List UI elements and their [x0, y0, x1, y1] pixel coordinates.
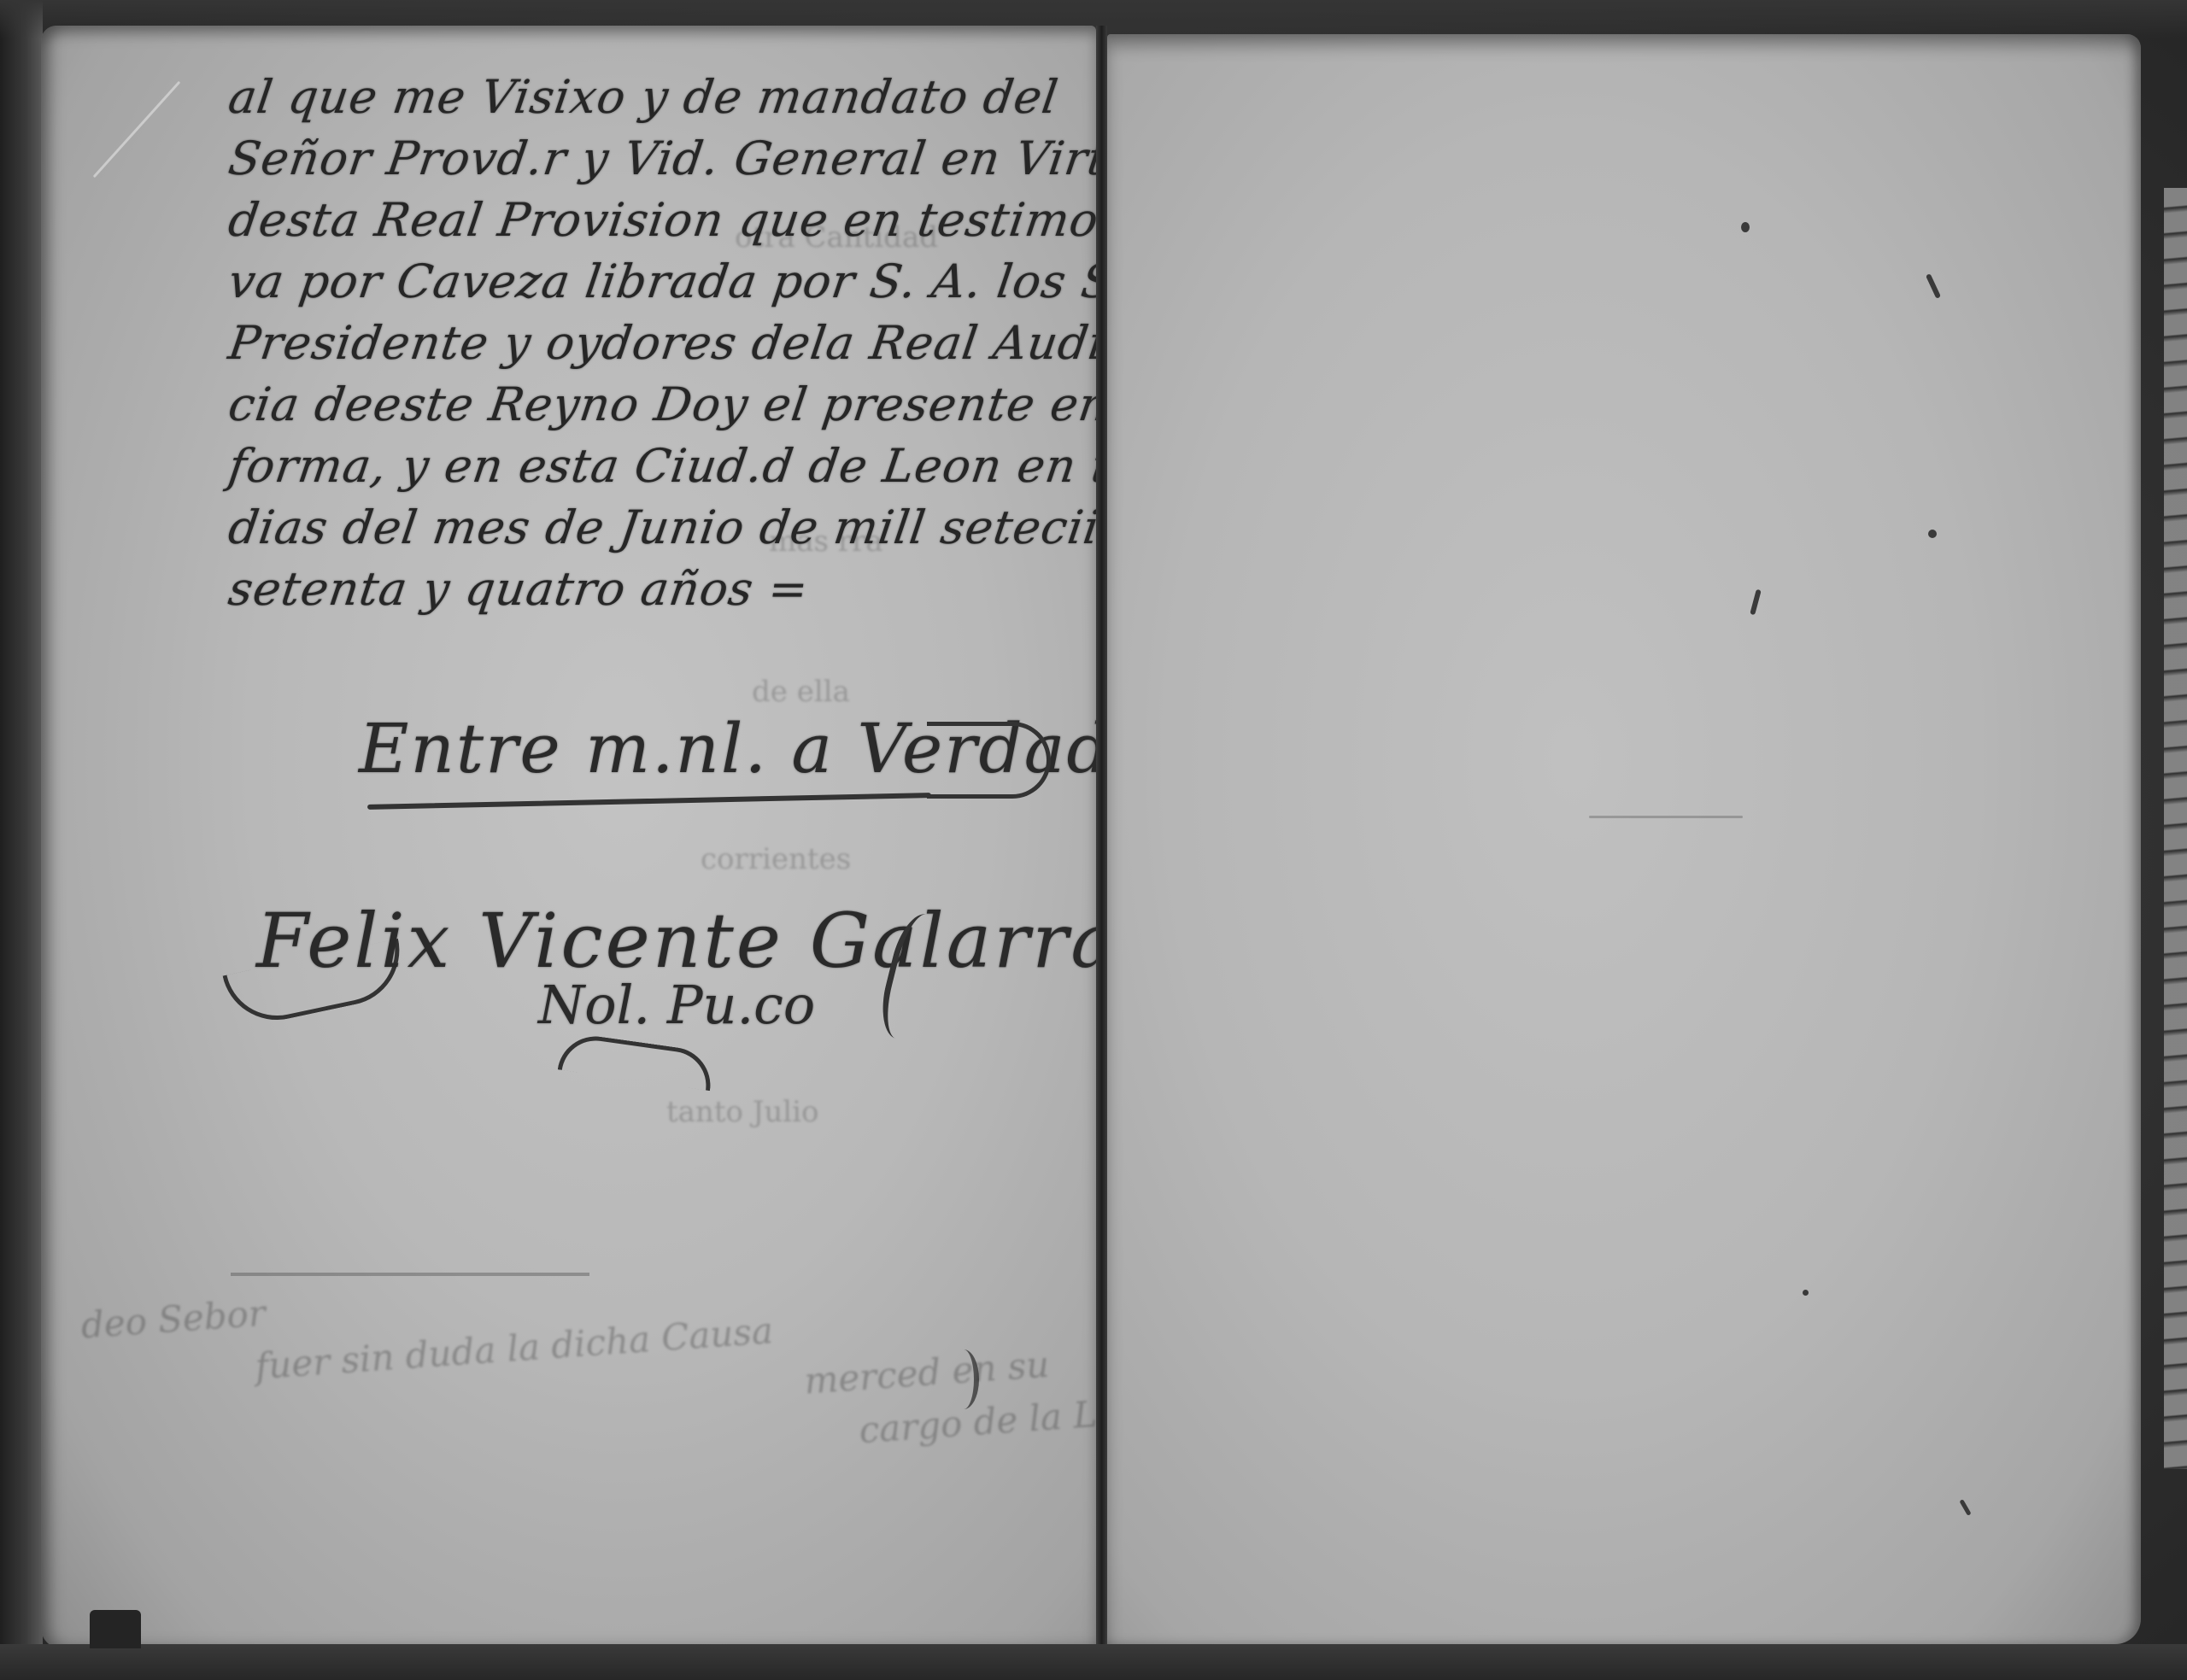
bleed-parenthesis: [948, 1349, 979, 1409]
book-gutter: [1096, 26, 1107, 1648]
page-edge-fragments: [2164, 188, 2187, 1469]
ink-speck: [1741, 222, 1750, 232]
faint-line: [1589, 816, 1743, 818]
bleed-line: corrientes: [701, 835, 938, 883]
notary-title: Nol. Pu.co: [538, 974, 815, 1036]
ink-speck: [1928, 530, 1937, 538]
bleed-line: tanto Julio: [666, 1088, 938, 1136]
ink-speck: [1803, 1290, 1809, 1296]
cover-edge-bottom: [0, 1644, 2187, 1680]
microfilm-scan: otra Cantidad mas rra de ella corrientes…: [0, 0, 2187, 1680]
notary-signature: Felix Vicente Galarraga: [256, 897, 1217, 985]
right-page-blank: [1107, 34, 2141, 1644]
attestation-flourish: [927, 722, 1051, 799]
cover-edge-left: [0, 0, 43, 1680]
film-marker-tab: [90, 1610, 141, 1648]
